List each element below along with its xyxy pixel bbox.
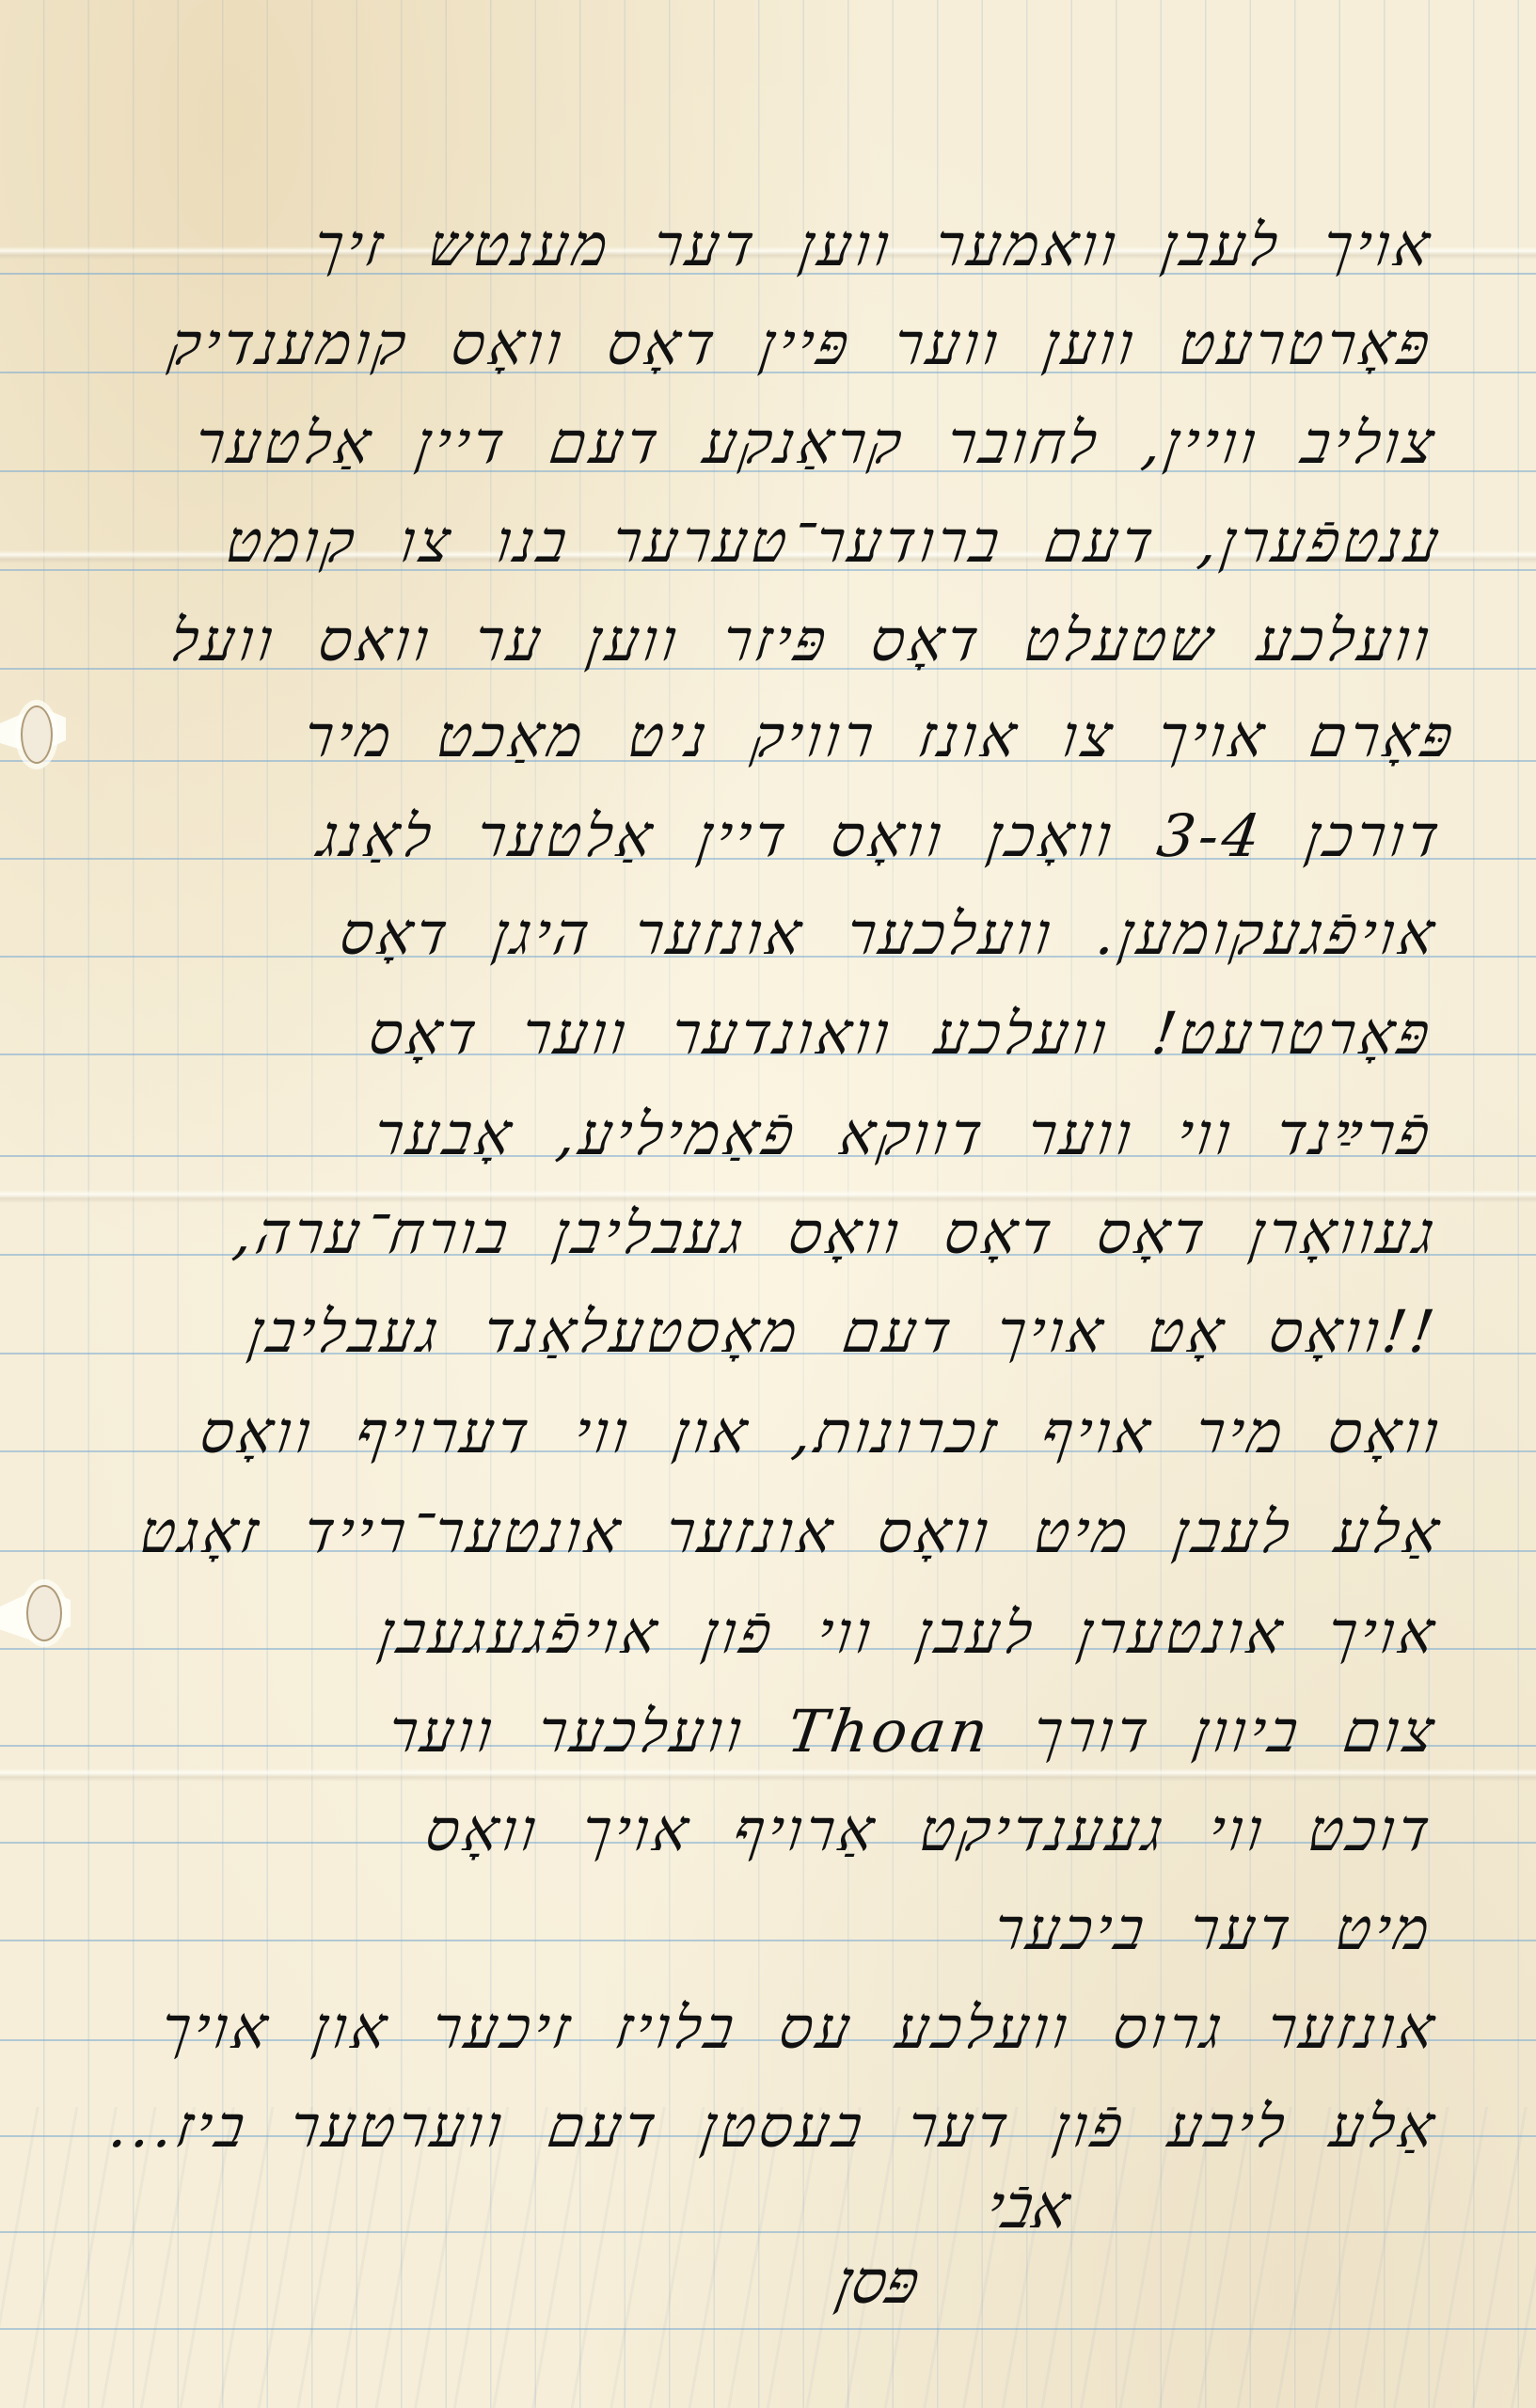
text-line-3: צוליב וויין, לחובר קראַנקע דעם דיין אַלט…: [34, 414, 1442, 472]
text-line-4: ענטפֿערן, דעם ברודער־טערער בנו צו קומט: [34, 513, 1447, 571]
text-line-20: אַלע ליבע פֿון דער בעסטן דעם ווערטער ביז…: [34, 2098, 1442, 2156]
text-line-12: !!וואָס אָט אויך דעם מאָסטעלאַנד געבליבן: [34, 1303, 1442, 1361]
text-line-13: וואָס מיר אויף זכרונות, און ווי דערויף ו…: [34, 1403, 1447, 1462]
text-line-7: דורכן 3-4 וואָכן וואָס דיין אַלטער לאַנג: [34, 807, 1447, 865]
text-line-2: פּאָרטרעט ווען ווער פּיין דאָס וואָס קומ…: [34, 315, 1437, 373]
letter-page: אויך לעבן וואמער ווען דער מענטש זיך פּאָ…: [0, 0, 1536, 2408]
text-line-10: פֿרײַנד ווי ווער דווקא פֿאַמיליע, אָבער: [34, 1105, 1437, 1164]
text-line-1: אויך לעבן וואמער ווען דער מענטש זיך: [34, 216, 1437, 275]
signature-last-name: פּסן: [831, 2248, 924, 2318]
signature-first-name: אבֿי: [981, 2173, 1074, 2242]
text-line-6: פּאָרם אויך צו אונז רוויק ניט מאַכט מיר: [34, 707, 1461, 766]
text-line-9: פּאָרטרעט! וועלכע וואונדער ווער דאָס: [34, 1005, 1437, 1063]
text-line-11: געוואָרן דאָס דאָס וואָס געבליבן בורח־ער…: [34, 1204, 1442, 1262]
fold-crease: [0, 1768, 1536, 1782]
text-line-5: וועלכע שטעלט דאָס פּיזר ווען ער וואס ווע…: [34, 611, 1437, 670]
text-line-19: אונזער גרוס וועלכע עס בלויז זיכער און או…: [34, 1999, 1442, 2057]
text-line-8: אויפֿגעקומען. וועלכער אונזער היגן דאָס: [34, 905, 1442, 963]
text-line-16: צום ביוון דורך Thoan וועלכער ווער: [34, 1703, 1442, 1761]
text-line-18: מיט דער ביכער: [34, 1900, 1437, 1958]
text-line-14: אַלע לעבן מיט וואָס אונזער אונטער־רייד ז…: [34, 1503, 1447, 1561]
text-line-17: דוכט ווי געענדיקט אַרויף אויך וואָס: [34, 1801, 1437, 1860]
text-line-15: אויך אונטערן לעבן ווי פֿון אויפֿגעגעבן: [34, 1604, 1442, 1662]
